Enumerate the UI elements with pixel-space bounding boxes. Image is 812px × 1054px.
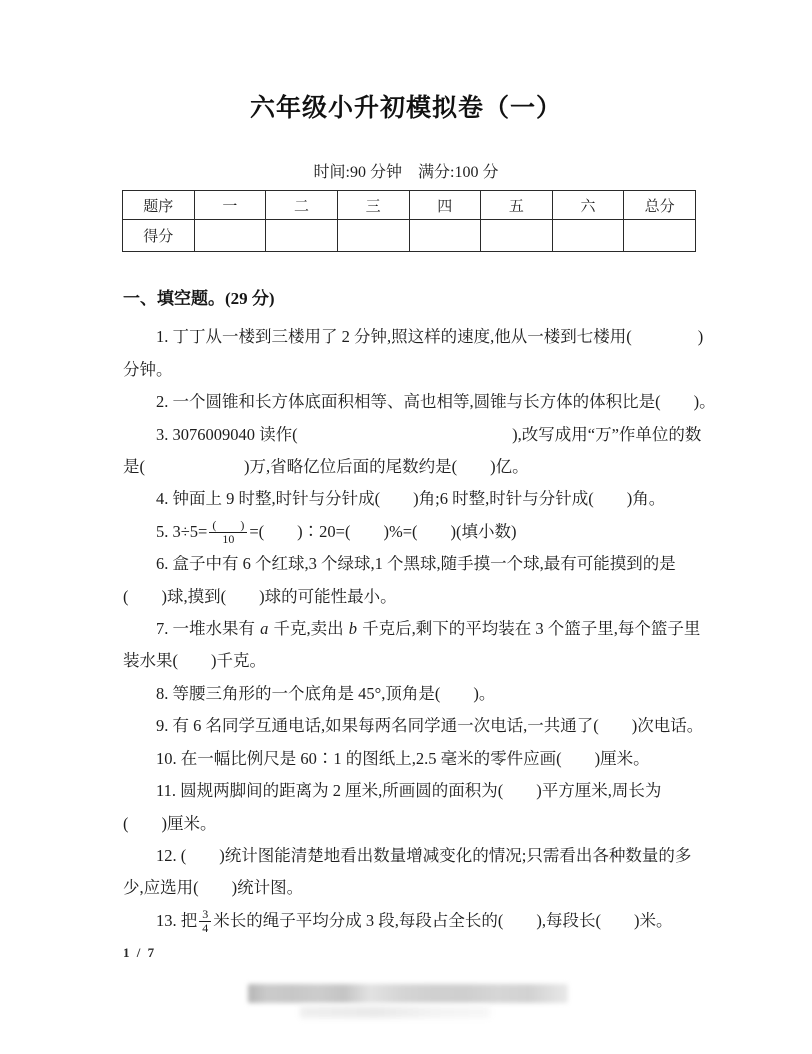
section-heading: 一、填空题。(29 分): [123, 283, 701, 315]
score-table-header-cell: 一: [194, 191, 266, 220]
question-1-line-1: 1. 丁丁从一楼到三楼用了 2 分钟,照这样的速度,他从一楼到七楼用( ): [123, 321, 701, 353]
score-table-header-cell: 五: [481, 191, 553, 220]
score-table-header-cell: 题序: [123, 191, 195, 220]
score-cell: [194, 220, 266, 252]
exam-info: 时间:90 分钟 满分:100 分: [0, 159, 812, 182]
score-cell: [266, 220, 338, 252]
question-7-part-1: 7. 一堆水果有: [156, 619, 259, 638]
question-10: 10. 在一幅比例尺是 60∶1 的图纸上,2.5 毫米的零件应画( )厘米。: [123, 743, 701, 775]
score-cell: [337, 220, 409, 252]
question-5: 5. 3÷5=( )10=( )∶20=( )%=( )(填小数): [123, 516, 701, 548]
question-5-prefix: 5. 3÷5=: [156, 522, 207, 541]
score-table-header-cell: 三: [337, 191, 409, 220]
question-3-line-1: 3. 3076009040 读作( ),改写成用“万”作单位的数: [123, 419, 701, 451]
question-9: 9. 有 6 名同学互通电话,如果每两名同学通一次电话,一共通了( )次电话。: [123, 710, 701, 742]
score-table-header-cell: 二: [266, 191, 338, 220]
question-6-line-1: 6. 盒子中有 6 个红球,3 个绿球,1 个黑球,随手摸一个球,最有可能摸到的…: [123, 548, 701, 580]
question-5-suffix: =( )∶20=( )%=( )(填小数): [249, 522, 516, 541]
question-11-line-1: 11. 圆规两脚间的距离为 2 厘米,所画圆的面积为( )平方厘米,周长为: [123, 775, 701, 807]
score-table-header-cell: 四: [409, 191, 481, 220]
question-7-part-3: 千克后,剩下的平均装在 3 个篮子里,每个篮子里: [358, 619, 700, 638]
question-13-prefix: 13. 把: [156, 911, 197, 930]
score-table-header-cell: 总分: [624, 191, 696, 220]
question-6-line-2: ( )球,摸到( )球的可能性最小。: [123, 581, 701, 613]
question-3-line-2: 是( )万,省略亿位后面的尾数约是( )亿。: [123, 451, 701, 483]
question-13: 13. 把34米长的绳子平均分成 3 段,每段占全长的( ),每段长( )米。: [123, 905, 701, 937]
fraction-denominator: 10: [209, 533, 247, 547]
score-table-score-row: 得分: [123, 220, 696, 252]
variable-a: a: [259, 619, 269, 638]
score-table: 题序 一 二 三 四 五 六 总分 得分: [122, 190, 696, 252]
blurred-watermark-faint: [300, 1006, 490, 1018]
fill-in-blank-section: 一、填空题。(29 分) 1. 丁丁从一楼到三楼用了 2 分钟,照这样的速度,他…: [123, 283, 701, 937]
question-11-line-2: ( )厘米。: [123, 808, 701, 840]
score-table-header-cell: 六: [552, 191, 624, 220]
question-7-line-2: 装水果( )千克。: [123, 645, 701, 677]
fraction-numerator: 3: [199, 908, 211, 923]
fraction: 34: [199, 908, 211, 937]
question-1-line-2: 分钟。: [123, 354, 701, 386]
page-title: 六年级小升初模拟卷（一）: [0, 88, 812, 124]
question-8: 8. 等腰三角形的一个底角是 45°,顶角是( )。: [123, 678, 701, 710]
score-cell: [481, 220, 553, 252]
blurred-watermark: [248, 984, 568, 1003]
score-cell: [409, 220, 481, 252]
question-4: 4. 钟面上 9 时整,时针与分针成( )角;6 时整,时针与分针成( )角。: [123, 483, 701, 515]
question-12-line-1: 12. ( )统计图能清楚地看出数量增减变化的情况;只需看出各种数量的多: [123, 840, 701, 872]
variable-b: b: [348, 619, 358, 638]
score-cell: [624, 220, 696, 252]
fraction: ( )10: [209, 519, 247, 548]
score-table-header-row: 题序 一 二 三 四 五 六 总分: [123, 191, 696, 220]
score-cell: [552, 220, 624, 252]
fraction-numerator: ( ): [209, 519, 247, 534]
page-number: 1 / 7: [123, 945, 156, 961]
question-12-line-2: 少,应选用( )统计图。: [123, 872, 701, 904]
question-7-part-2: 千克,卖出: [269, 619, 347, 638]
fraction-denominator: 4: [199, 922, 211, 936]
question-2: 2. 一个圆锥和长方体底面积相等、高也相等,圆锥与长方体的体积比是( )。: [123, 386, 701, 418]
question-13-suffix: 米长的绳子平均分成 3 段,每段占全长的( ),每段长( )米。: [213, 911, 672, 930]
question-7-line-1: 7. 一堆水果有 a 千克,卖出 b 千克后,剩下的平均装在 3 个篮子里,每个…: [123, 613, 701, 645]
score-row-label: 得分: [123, 220, 195, 252]
exam-page: 六年级小升初模拟卷（一） 时间:90 分钟 满分:100 分 题序 一 二 三 …: [0, 0, 812, 1054]
